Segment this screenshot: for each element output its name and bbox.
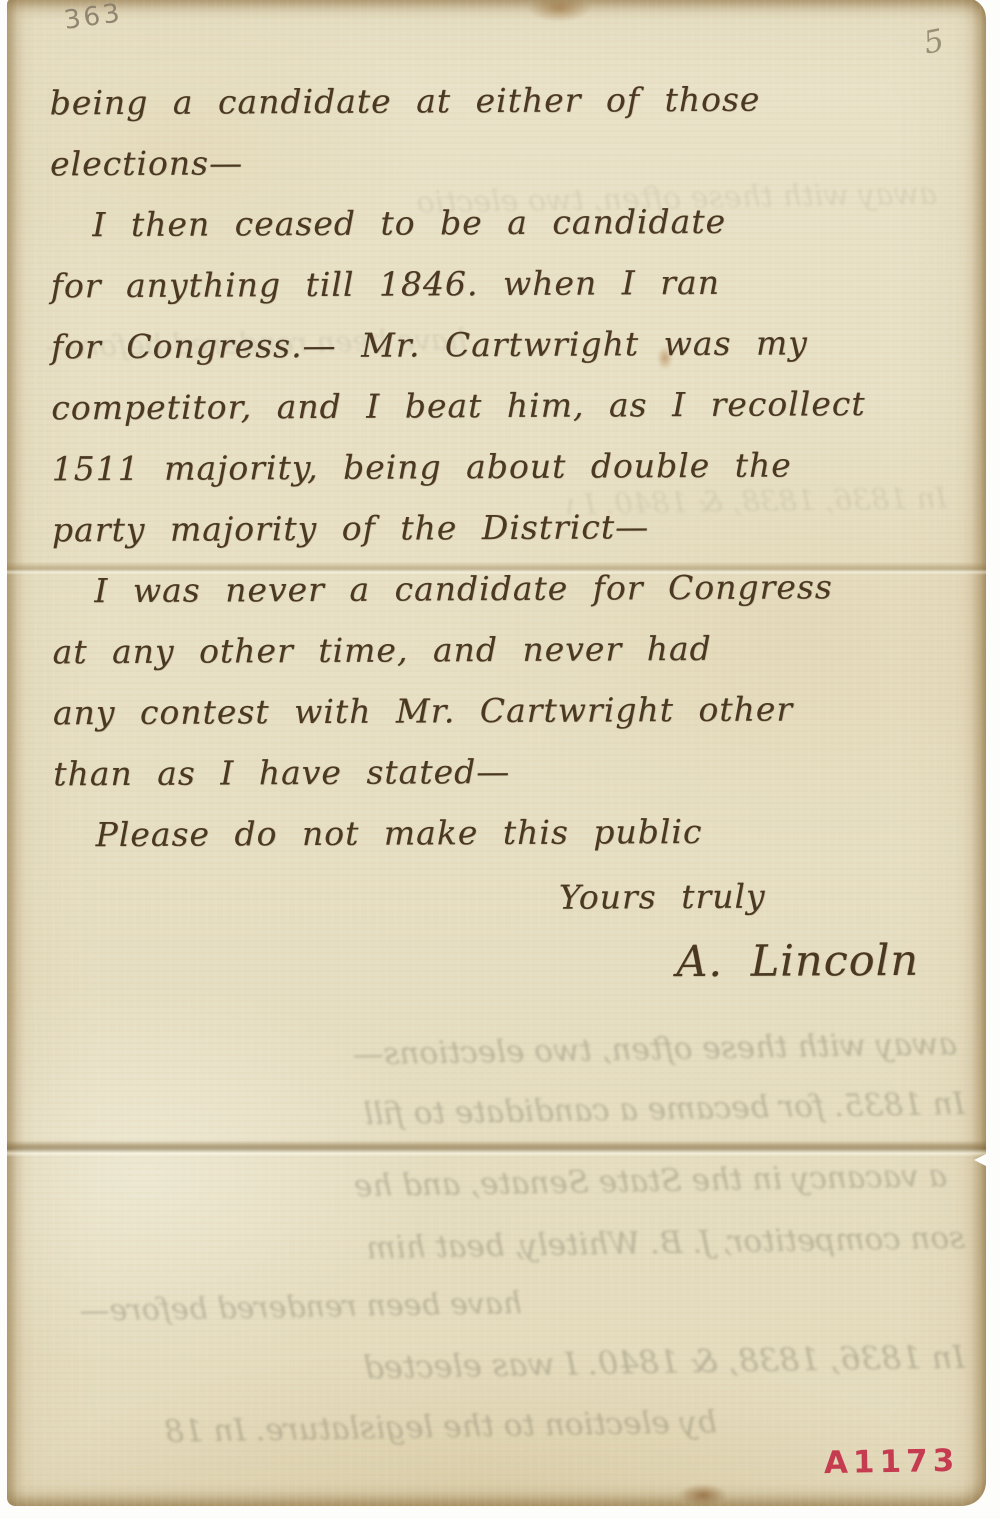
letter-line: than as I have stated— [53, 739, 958, 805]
scanned-letter-page: { "document": { "kind": "Aged handwritte… [0, 0, 1000, 1519]
letter-line: 1511 majority, being about double the [51, 434, 956, 500]
letter-line: for anything till 1846. when I ran [51, 251, 956, 317]
bleed-through-line: In 1836, 1838, & 1840. I was elected [35, 1338, 966, 1392]
closing-yours-truly: Yours truly [559, 865, 959, 928]
letter-line: I was never a candidate for Congress [52, 556, 957, 622]
bleed-through-line: son competitor, J. B. Whitely, beat him [35, 1220, 965, 1272]
letter-line: for Congress.— Mr. Cartwright was my [51, 312, 956, 378]
letter-body: being a candidate at either of those ele… [50, 68, 960, 1001]
signature-a-lincoln: A. Lincoln [676, 926, 959, 997]
bleed-through-line: a vacancy in the State Senate, and he [27, 1158, 947, 1210]
bleed-through-line: by election to the legislature. In 18 [57, 1404, 718, 1452]
bleed-through-line: have been rendered before— [62, 1286, 523, 1329]
fold-crease-lower [7, 1140, 986, 1157]
stain-top-edge [527, 0, 591, 22]
letter-line: I then ceased to be a candidate [50, 190, 955, 256]
letter-line: being a candidate at either of those [50, 68, 955, 134]
bleed-through-line: away with these often, two elections— [47, 1026, 957, 1078]
letter-line: any contest with Mr. Cartwright other [53, 678, 958, 744]
letter-line: Please do not make this public [53, 800, 958, 866]
letter-line: elections— [50, 129, 955, 195]
red-catalog-stamp: A1173 [824, 1443, 960, 1481]
letter-line: party majority of the District— [52, 495, 957, 561]
letter-line: at any other time, and never had [52, 617, 957, 683]
stain-bottom-edge [679, 1484, 727, 1506]
letter-line: competitor, and I beat him, as I recolle… [51, 373, 956, 439]
bleed-through-line: In 1835. for became a candidate to fill [35, 1086, 965, 1138]
